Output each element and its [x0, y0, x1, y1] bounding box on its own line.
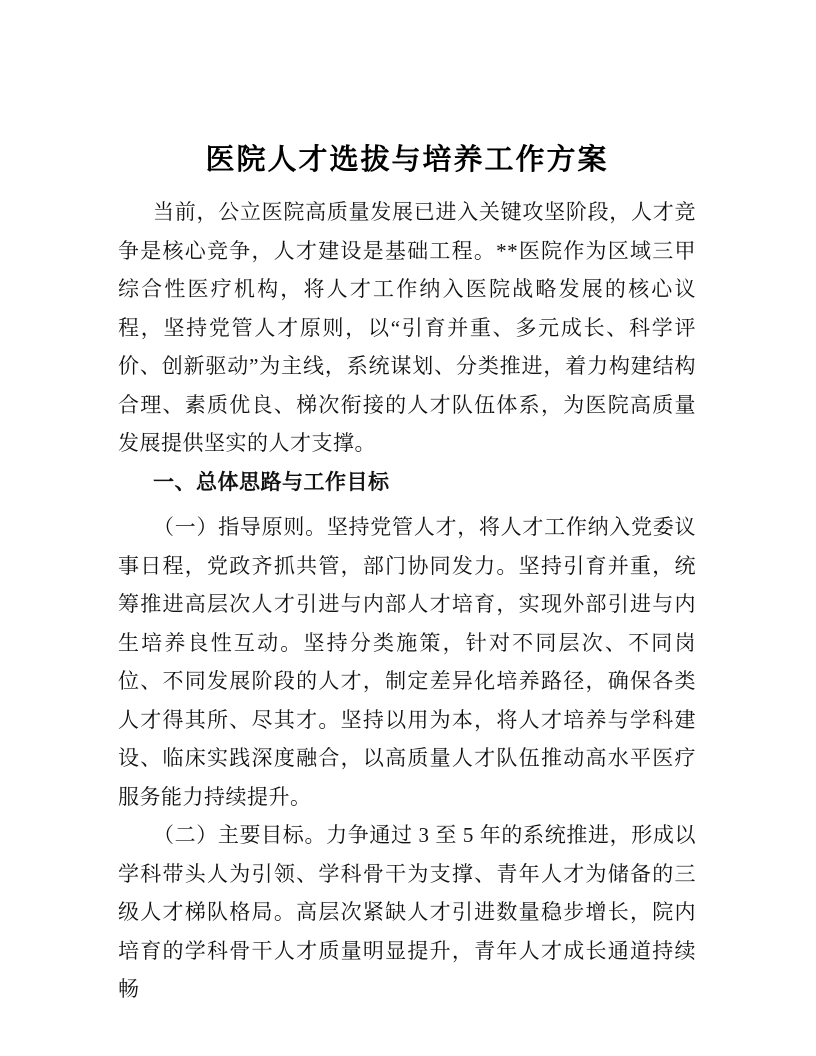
- paragraph-main-goals: （二）主要目标。力争通过 3 至 5 年的系统推进，形成以学科带头人为引领、学科…: [118, 816, 696, 1009]
- document-title: 医院人才选拔与培养工作方案: [118, 141, 696, 180]
- paragraph-guiding-principles: （一）指导原则。坚持党管人才，将人才工作纳入党委议事日程，党政齐抓共管，部门协同…: [118, 508, 696, 816]
- document-page: 医院人才选拔与培养工作方案 当前，公立医院高质量发展已进入关键攻坚阶段，人才竞争…: [0, 0, 816, 1056]
- section-heading-overall-goals: 一、总体思路与工作目标: [118, 463, 696, 502]
- paragraph-intro: 当前，公立医院高质量发展已进入关键攻坚阶段，人才竞争是核心竞争，人才建设是基础工…: [118, 193, 696, 463]
